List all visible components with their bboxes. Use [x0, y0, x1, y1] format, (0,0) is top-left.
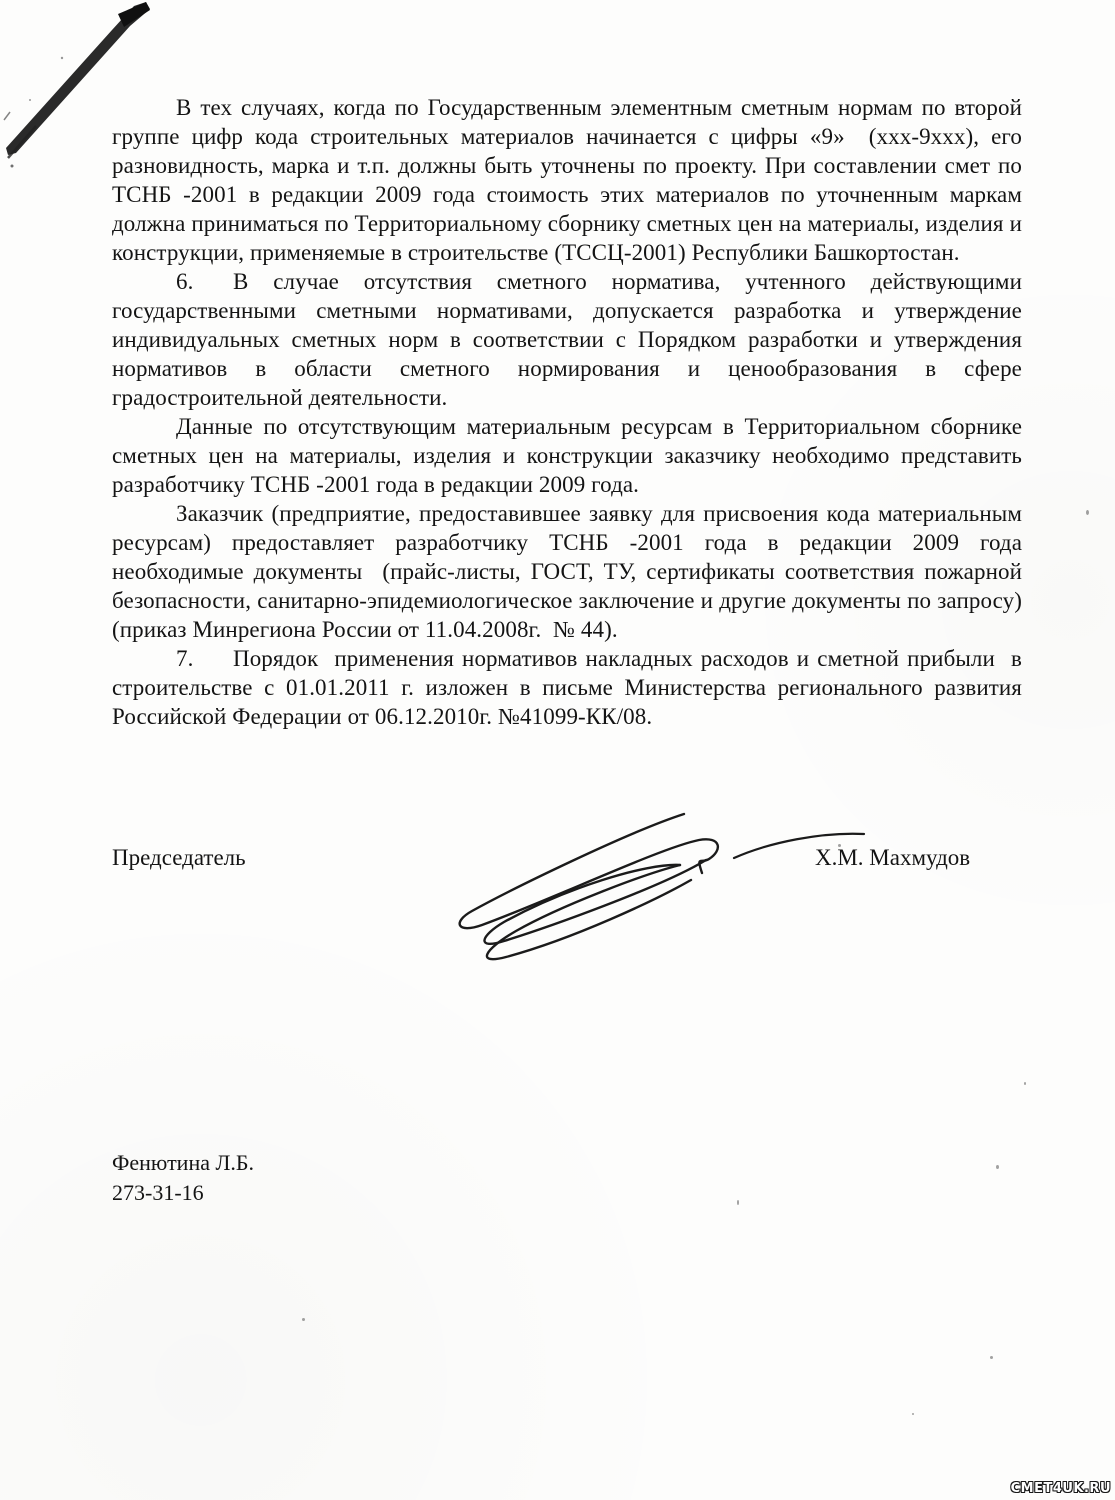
paragraph-zakazchik: Заказчик (предприятие, предоставившее за… [112, 499, 1022, 644]
site-watermark: CMET4UK.RU [1011, 1481, 1111, 1496]
scan-speck [1086, 510, 1089, 515]
scan-speck [302, 1318, 305, 1321]
document-body: В тех случаях, когда по Государственным … [112, 93, 1022, 731]
executor-name: Фенютина Л.Б. [112, 1148, 254, 1178]
position-label: Председатель [112, 845, 246, 871]
paragraph-dannye: Данные по отсутствующим материальным рес… [112, 412, 1022, 499]
scan-speck [1024, 1082, 1026, 1085]
paragraph-number: 6. [176, 267, 233, 296]
scan-speck [912, 1413, 914, 1415]
paragraph-text: В случае отсутствия сметного норматива, … [112, 269, 1022, 410]
scan-speck [838, 844, 841, 847]
scan-speck [990, 1356, 993, 1359]
executor-phone: 273-31-16 [112, 1178, 254, 1208]
scanned-document-page: В тех случаях, когда по Государственным … [0, 0, 1115, 1500]
paragraph-continuation: В тех случаях, когда по Государственным … [112, 93, 1022, 267]
paragraph-number: 7. [176, 644, 233, 673]
paragraph-item-6: 6.В случае отсутствия сметного норматива… [112, 267, 1022, 412]
signer-name: Х.М. Махмудов [815, 845, 970, 871]
scan-speck [737, 1200, 739, 1205]
executor-contact: Фенютина Л.Б. 273-31-16 [112, 1148, 254, 1208]
scan-speck [996, 1165, 999, 1169]
paragraph-item-7: 7.Порядок применения нормативов накладны… [112, 644, 1022, 731]
paragraph-text: Порядок применения нормативов накладных … [112, 646, 1022, 729]
